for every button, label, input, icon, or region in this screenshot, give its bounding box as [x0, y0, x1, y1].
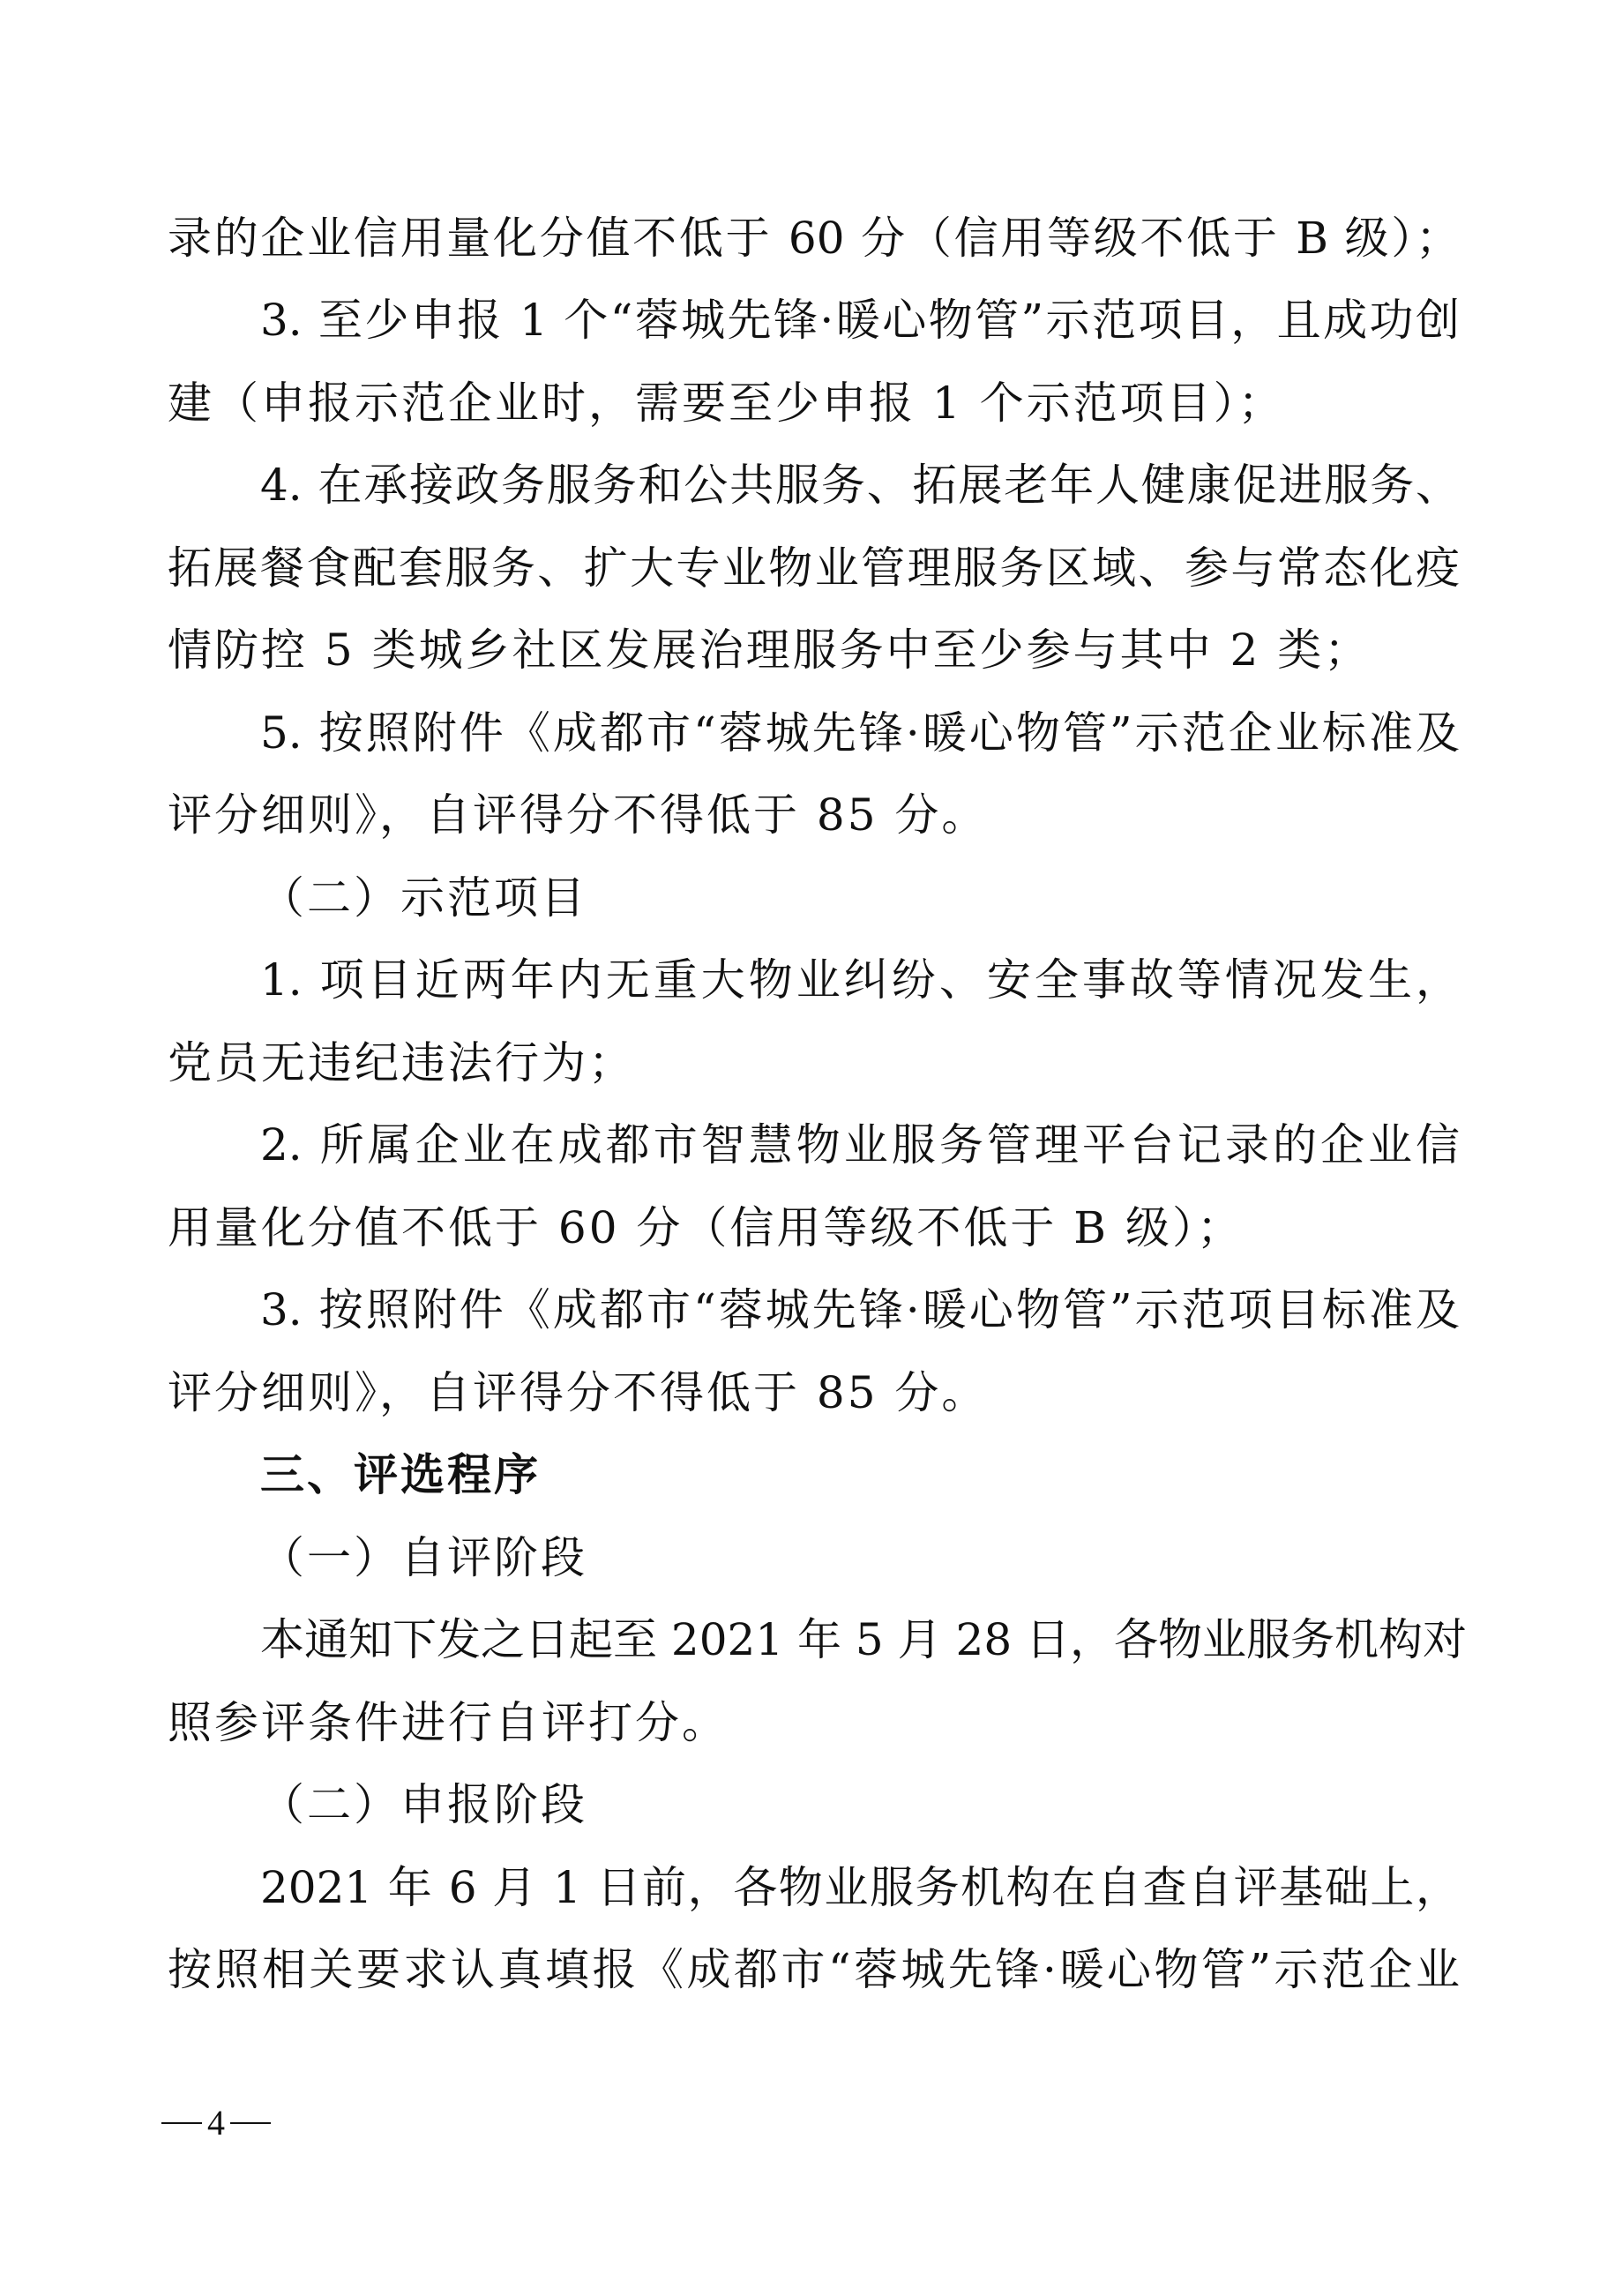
list-item-4-line: 4. 在承接政务服务和公共服务、拓展老年人健康促进服务、: [260, 444, 1460, 527]
body-text-line: 建（申报示范企业时，需要至少申报 1 个示范项目）；: [168, 362, 1460, 445]
body-text-line: 录的企业信用量化分值不低于 60 分（信用等级不低于 B 级）；: [168, 197, 1460, 280]
section-subheading: （一）自评阶段: [260, 1516, 1460, 1599]
section-subheading: （二）示范项目: [260, 856, 1460, 939]
body-text-line: 本通知下发之日起至 2021 年 5 月 28 日，各物业服务机构对: [260, 1598, 1460, 1681]
body-text-line: 用量化分值不低于 60 分（信用等级不低于 B 级）；: [168, 1186, 1460, 1269]
body-text-line: 照参评条件进行自评打分。: [168, 1681, 1460, 1764]
list-item-3-line: 3. 按照附件《成都市“蓉城先锋·暖心物管”示范项目标准及: [260, 1268, 1460, 1351]
body-text-line: 按照相关要求认真填报《成都市“蓉城先锋·暖心物管”示范企业: [168, 1928, 1460, 2011]
list-item-5-line: 5. 按照附件《成都市“蓉城先锋·暖心物管”示范企业标准及: [260, 692, 1460, 774]
document-page: 录的企业信用量化分值不低于 60 分（信用等级不低于 B 级）； 3. 至少申报…: [0, 0, 1622, 2296]
body-text-line: 情防控 5 类城乡社区发展治理服务中至少参与其中 2 类；: [168, 609, 1460, 692]
list-item-2-line: 2. 所属企业在成都市智慧物业服务管理平台记录的企业信: [260, 1103, 1460, 1186]
body-text-line: 2021 年 6 月 1 日前，各物业服务机构在自查自评基础上，: [260, 1846, 1460, 1929]
section-heading: 三、评选程序: [260, 1433, 1460, 1516]
dash-left: [161, 2122, 202, 2124]
list-item-1-line: 1. 项目近两年内无重大物业纠纷、安全事故等情况发生，: [260, 939, 1460, 1021]
body-text-line: 评分细则》，自评得分不得低于 85 分。: [168, 774, 1460, 856]
page-number: 4: [161, 2099, 271, 2147]
page-number-value: 4: [207, 2099, 225, 2147]
list-item-3-line: 3. 至少申报 1 个“蓉城先锋·暖心物管”示范项目，且成功创: [260, 279, 1460, 362]
body-text-line: 党员无违纪违法行为；: [168, 1021, 1460, 1104]
body-text-line: 拓展餐食配套服务、扩大专业物业管理服务区域、参与常态化疫: [168, 527, 1460, 610]
section-subheading: （二）申报阶段: [260, 1763, 1460, 1846]
dash-right: [230, 2122, 271, 2124]
body-text-line: 评分细则》，自评得分不得低于 85 分。: [168, 1351, 1460, 1434]
